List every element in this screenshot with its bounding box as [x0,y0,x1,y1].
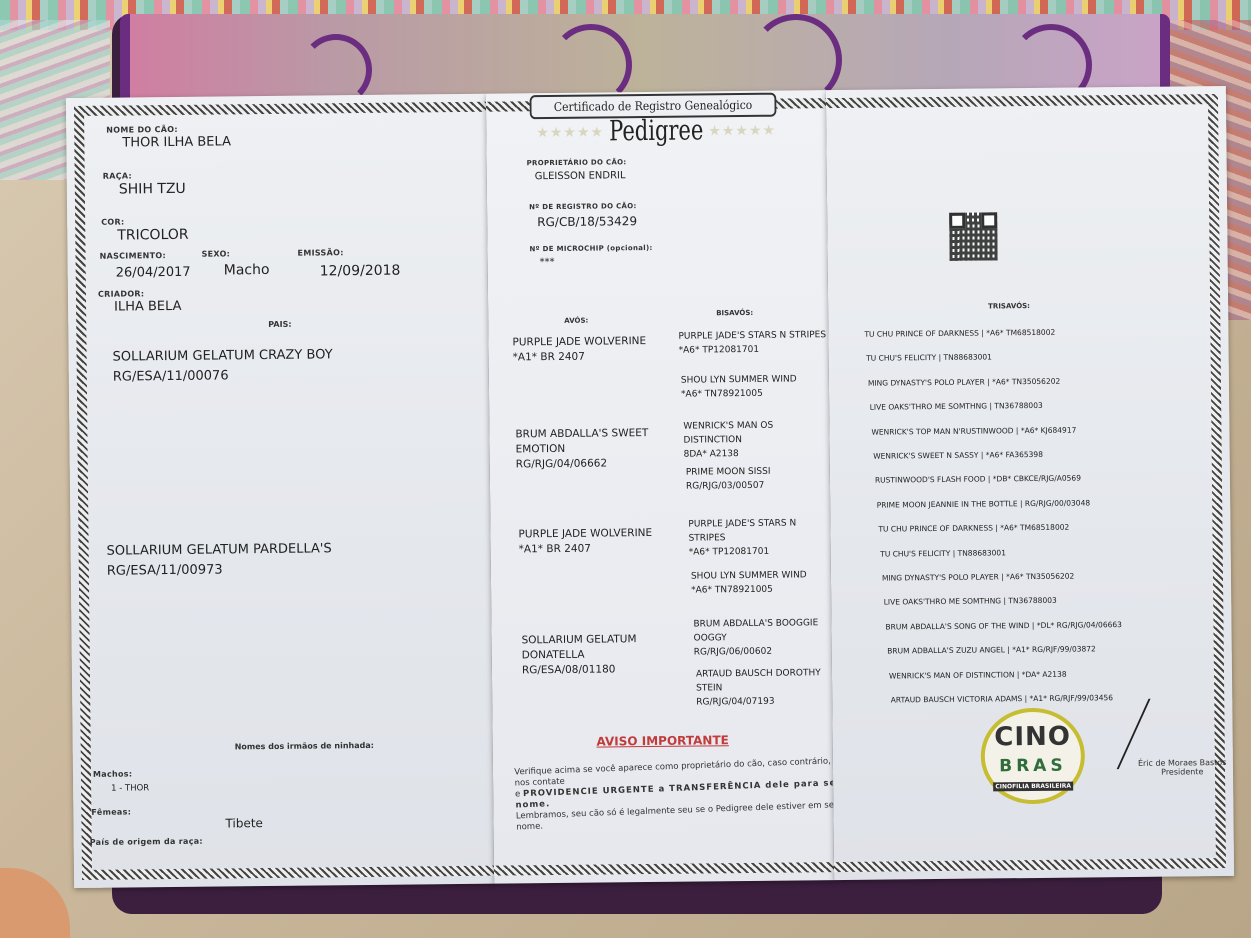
grandparent-registration: RG/RJG/04/06662 [516,456,656,472]
great-grandparent-registration: 8DA* A2138 [684,446,830,462]
great-great-grandparent-entry: BRUM ABDALLA'S SONG OF THE WIND | *DL* R… [885,620,1122,631]
grandparent-name: PURPLE JADE WOLVERINE [518,526,658,542]
great-great-grandparent-entry: WENRICK'S MAN OF DISTINCTION | *DA* A213… [889,669,1067,680]
logo-text-top: CINO [990,722,1074,753]
cinobras-logo: CINO BRAS CINOFILIA BRASILEIRA [980,707,1085,804]
left-panel: NOME DO CÃO: THOR ILHA BELA RAÇA: SHIH T… [66,94,494,888]
great-grandparent-entry: PURPLE JADE'S STARS N STRIPES *A6* TP120… [688,516,830,559]
finger [0,868,70,938]
stars-right-icon: ★★★★★ [708,123,776,140]
great-grandparent-registration: *A6* TN78921005 [691,582,807,597]
grandparent-registration: *A1* BR 2407 [519,541,659,557]
great-great-grandparent-entry: TU CHU'S FELICITY | TN88683001 [880,548,1006,558]
grandparent-registration: *A1* BR 2407 [513,349,653,365]
litter-title: Nomes dos irmãos de ninhada: [235,741,374,751]
notice-text: Verifique acima se você aparece como pro… [514,756,846,833]
sex: Macho [224,262,270,278]
females-label: Fêmeas: [91,807,131,816]
color-label: COR: [101,217,124,226]
middle-panel: Certificado de Registro Genealógico ★★★★… [486,90,834,884]
breed: SHIH TZU [119,181,186,198]
sire-name: SOLLARIUM GELATUM CRAZY BOY [113,347,333,364]
great-grandparent-registration: *A6* TN78921005 [681,386,797,401]
great-great-grandparent-entry: WENRICK'S SWEET N SASSY | *A6* FA365398 [873,450,1043,461]
notice-prefix: e [515,789,521,799]
registration-label: Nº DE REGISTRO DO CÃO: [529,202,637,211]
males-list: 1 - THOR [111,783,149,793]
great-grandparents-label: BISAVÓS: [716,309,753,317]
great-grandparent-name: PURPLE JADE'S STARS N STRIPES [678,328,826,344]
great-great-grandparents-label: TRISAVÓS: [988,302,1030,310]
great-great-grandparent-entry: TU CHU PRINCE OF DARKNESS | *A6* TM68518… [878,523,1069,534]
great-great-grandparent-entry: LIVE OAKS'THRO ME SOMTHNG | TN36788003 [870,401,1043,412]
notice-title: AVISO IMPORTANTE [493,732,833,750]
great-great-grandparent-entry: RUSTINWOOD'S FLASH FOOD | *DB* CBKCE/RJG… [875,474,1081,485]
great-grandparent-registration: RG/RJG/03/00507 [686,479,771,494]
great-great-grandparent-entry: LIVE OAKS'THRO ME SOMTHNG | TN36788003 [884,596,1057,607]
great-grandparent-registration: *A6* TP12081701 [679,342,827,358]
great-grandparent-entry: PRIME MOON SISSI RG/RJG/03/00507 [686,465,771,494]
breed-origin-label: País de origem da raça: [90,837,203,847]
microchip-number: *** [540,257,555,268]
birth-label: NASCIMENTO: [100,251,166,261]
great-grandparent-entry: PURPLE JADE'S STARS N STRIPES *A6* TP120… [678,328,826,358]
grandparent-name: BRUM ABDALLA'S SWEET EMOTION [515,426,655,457]
breed-label: RAÇA: [103,171,132,180]
right-panel: TRISAVÓS: TU CHU PRINCE OF DARKNESS | *A… [826,86,1234,880]
grandparent-entry: PURPLE JADE WOLVERINE *A1* BR 2407 [518,526,658,557]
logo-text-bottom: BRAS [991,756,1075,777]
grandparent-entry: BRUM ABDALLA'S SWEET EMOTION RG/RJG/04/0… [515,426,655,472]
great-grandparent-name: ARTAUD BAUSCH DOROTHY STEIN [696,666,832,695]
great-grandparent-registration: RG/RJG/04/07193 [696,694,832,709]
registration-number: RG/CB/18/53429 [537,214,637,229]
signatory-role: Presidente [1138,767,1227,777]
great-grandparent-entry: WENRICK'S MAN OS DISTINCTION 8DA* A2138 [683,418,829,462]
grandparent-entry: PURPLE JADE WOLVERINE *A1* BR 2407 [512,334,652,365]
grandparent-name: SOLLARIUM GELATUM DONATELLA [522,632,652,663]
great-great-grandparent-entry: ARTAUD BAUSCH VICTORIA ADAMS | *A1* RG/R… [891,693,1113,704]
great-great-grandparent-entry: MING DYNASTY'S POLO PLAYER | *A6* TN3505… [882,572,1074,583]
parents-label: PAIS: [268,320,291,329]
males-label: Machos: [93,769,132,778]
color: TRICOLOR [117,227,188,244]
grandparent-name: PURPLE JADE WOLVERINE [512,334,652,350]
great-grandparent-name: PRIME MOON SISSI [686,465,771,480]
ornamental-border [74,102,494,880]
great-great-grandparent-entry: TU CHU'S FELICITY | TN88683001 [866,353,992,363]
great-great-grandparent-entry: BRUM ADBALLA'S ZUZU ANGEL | *A1* RG/RJF/… [887,645,1096,656]
great-grandparent-entry: BRUM ABDALLA'S BOOGGIE OOGGY RG/RJG/06/0… [693,616,831,659]
microchip-label: Nº DE MICROCHIP (opcional): [529,244,652,253]
grandparents-label: AVÓS: [564,317,588,325]
great-grandparent-entry: SHOU LYN SUMMER WIND *A6* TN78921005 [691,568,807,597]
great-grandparent-name: PURPLE JADE'S STARS N STRIPES [688,516,830,545]
breed-origin-value: Tibete [225,816,263,830]
owner-label: PROPRIETÁRIO DO CÃO: [527,158,627,167]
qr-code-icon[interactable] [949,212,998,261]
great-great-grandparent-entry: WENRICK'S TOP MAN N'RUSTINWOOD | *A6* KJ… [871,425,1076,436]
issue-date: 12/09/2018 [320,263,401,280]
grandparent-registration: RG/ESA/08/01180 [522,662,652,678]
dam-name: SOLLARIUM GELATUM PARDELLA'S [107,541,332,558]
owner-name: GLEISSON ENDRIL [535,170,626,182]
great-great-grandparent-entry: MING DYNASTY'S POLO PLAYER | *A6* TN3505… [868,376,1060,387]
great-grandparent-name: SHOU LYN SUMMER WIND [691,568,807,583]
grandparent-entry: SOLLARIUM GELATUM DONATELLA RG/ESA/08/01… [522,632,652,678]
great-great-grandparent-entry: TU CHU PRINCE OF DARKNESS | *A6* TM68518… [864,328,1055,339]
great-grandparent-registration: *A6* TP12081701 [689,544,831,559]
great-grandparent-entry: SHOU LYN SUMMER WIND *A6* TN78921005 [681,372,797,401]
dog-name-label: NOME DO CÃO: [106,125,178,135]
great-grandparent-name: BRUM ABDALLA'S BOOGGIE OOGGY [693,616,831,645]
dam-registration: RG/ESA/11/00973 [107,562,223,578]
great-grandparent-name: SHOU LYN SUMMER WIND [681,372,797,387]
breeder-label: CRIADOR: [98,289,144,298]
sire-registration: RG/ESA/11/00076 [113,368,229,384]
great-grandparent-name: WENRICK'S MAN OS DISTINCTION [683,418,829,448]
signatory: Éric de Moraes Bastos Presidente [1138,758,1227,777]
logo-subtitle: CINOFILIA BRASILEIRA [993,782,1073,792]
dog-name: THOR ILHA BELA [122,134,231,150]
issue-label: EMISSÃO: [297,248,343,257]
great-grandparent-entry: ARTAUD BAUSCH DOROTHY STEIN RG/RJG/04/07… [696,666,832,709]
sex-label: SEXO: [201,249,230,258]
pedigree-certificate: NOME DO CÃO: THOR ILHA BELA RAÇA: SHIH T… [66,86,1234,888]
breeder: ILHA BELA [114,299,182,315]
signatory-name: Éric de Moraes Bastos [1138,758,1227,768]
great-grandparent-registration: RG/RJG/06/00602 [694,644,832,659]
great-great-grandparent-entry: PRIME MOON JEANNIE IN THE BOTTLE | RG/RJ… [877,498,1090,509]
birth-date: 26/04/2017 [116,265,191,281]
